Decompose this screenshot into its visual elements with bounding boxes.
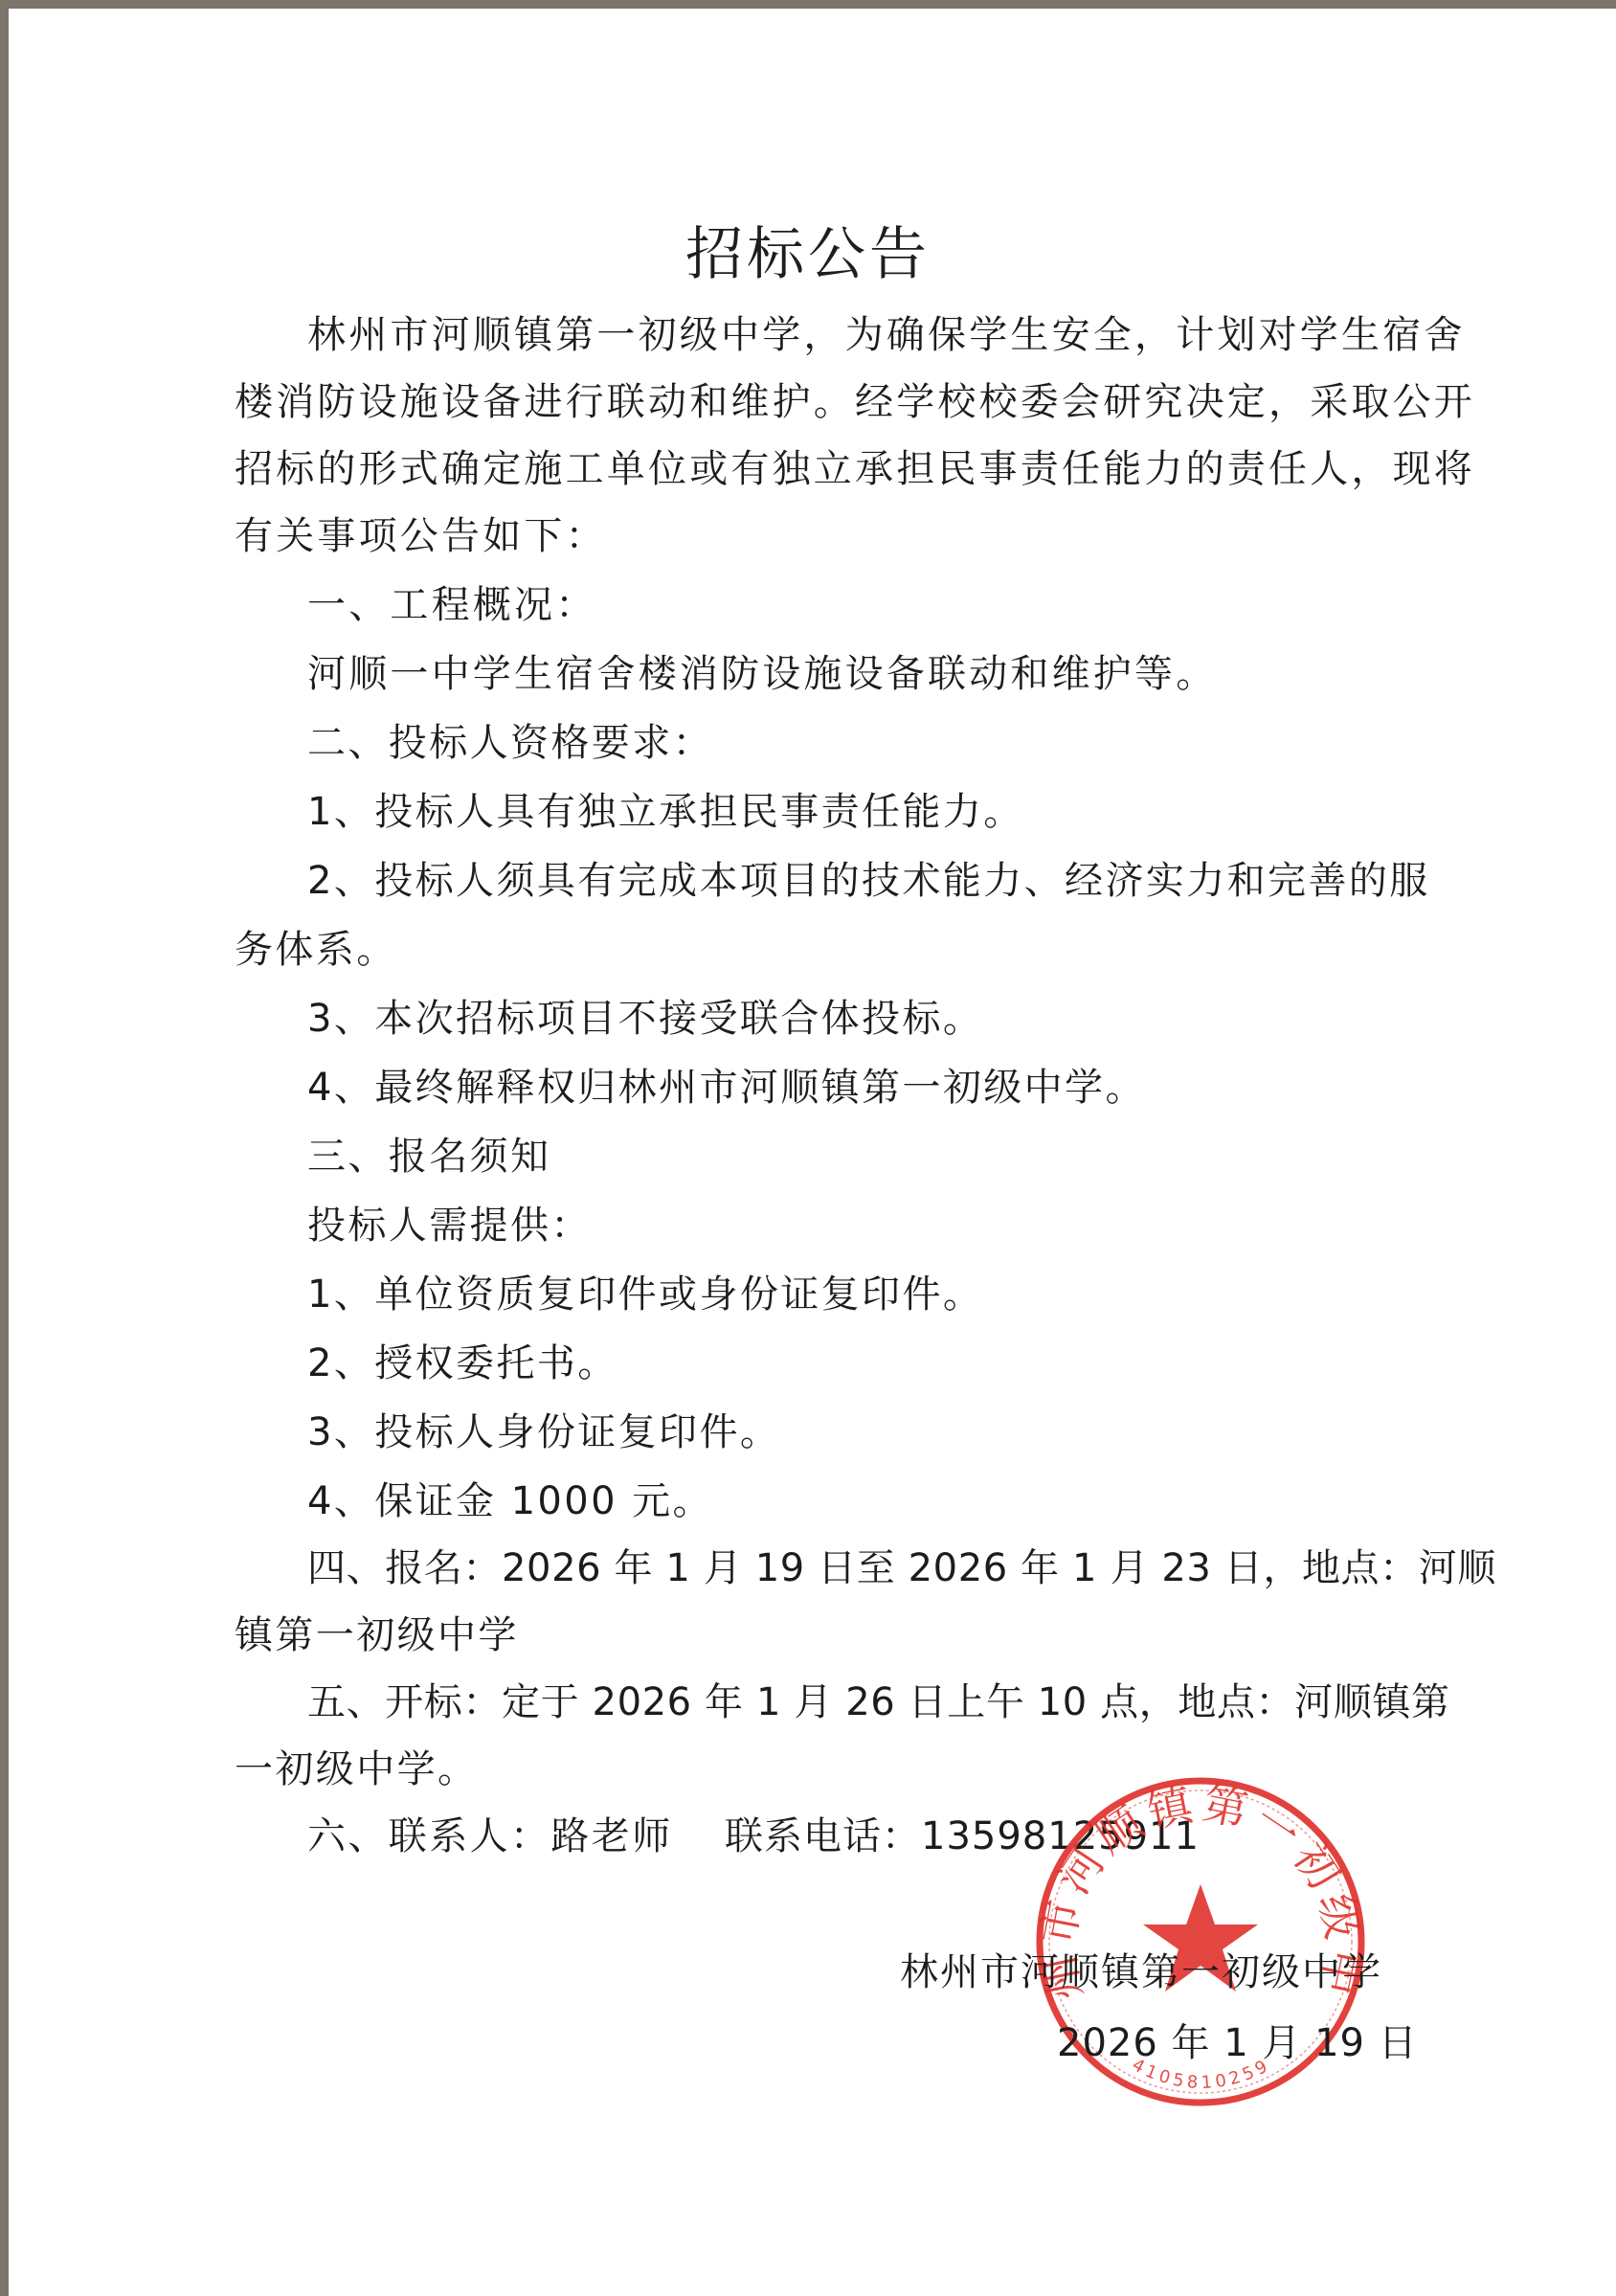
section2-item-4: 4、最终解释权归林州市河顺镇第一初级中学。 xyxy=(307,1057,1146,1112)
section5-line-1: 五、开标：定于 2026 年 1 月 26 日上午 10 点，地点：河顺镇第 xyxy=(307,1672,1450,1726)
document-title: 招标公告 xyxy=(0,209,1616,291)
section3-item-3: 3、投标人身份证复印件。 xyxy=(307,1402,780,1456)
intro-line-3: 招标的形式确定施工单位或有独立承担民事责任能力的责任人，现将 xyxy=(235,439,1475,493)
intro-line-4: 有关事项公告如下： xyxy=(235,506,607,560)
section2-item-1: 1、投标人具有独立承担民事责任能力。 xyxy=(307,781,1024,836)
intro-line-2: 楼消防设施设备进行联动和维护。经学校校委会研究决定，采取公开 xyxy=(235,371,1475,426)
section3-subheading: 投标人需提供： xyxy=(307,1195,592,1249)
section2-heading: 二、投标人资格要求： xyxy=(307,712,713,767)
section2-item-3: 3、本次招标项目不接受联合体投标。 xyxy=(307,988,983,1043)
section1-heading: 一、工程概况： xyxy=(307,574,596,629)
section4-line-1: 四、报名：2026 年 1 月 19 日至 2026 年 1 月 23 日，地点… xyxy=(307,1538,1496,1592)
section3-item-4: 4、保证金 1000 元。 xyxy=(307,1471,713,1525)
section3-heading: 三、报名须知 xyxy=(307,1126,550,1181)
section3-item-1: 1、单位资质复印件或身份证复印件。 xyxy=(307,1264,983,1318)
signature-organization: 林州市河顺镇第一初级中学 xyxy=(900,1942,1382,1996)
intro-line-1: 林州市河顺镇第一初级中学，为确保学生安全，计划对学生宿舍 xyxy=(307,304,1466,359)
section3-item-2: 2、授权委托书。 xyxy=(307,1333,618,1387)
section5-line-2: 一初级中学。 xyxy=(235,1739,478,1793)
contact-person: 六、联系人：路老师 xyxy=(307,1806,673,1860)
section4-line-2: 镇第一初级中学 xyxy=(235,1605,519,1659)
section2-item-2: 2、投标人须具有完成本项目的技术能力、经济实力和完善的服 xyxy=(307,850,1430,905)
section1-content: 河顺一中学生宿舍楼消防设施设备联动和维护等。 xyxy=(307,643,1217,698)
section2-item-2-cont: 务体系。 xyxy=(235,919,397,974)
signature-date: 2026 年 1 月 19 日 xyxy=(1057,2013,1418,2067)
